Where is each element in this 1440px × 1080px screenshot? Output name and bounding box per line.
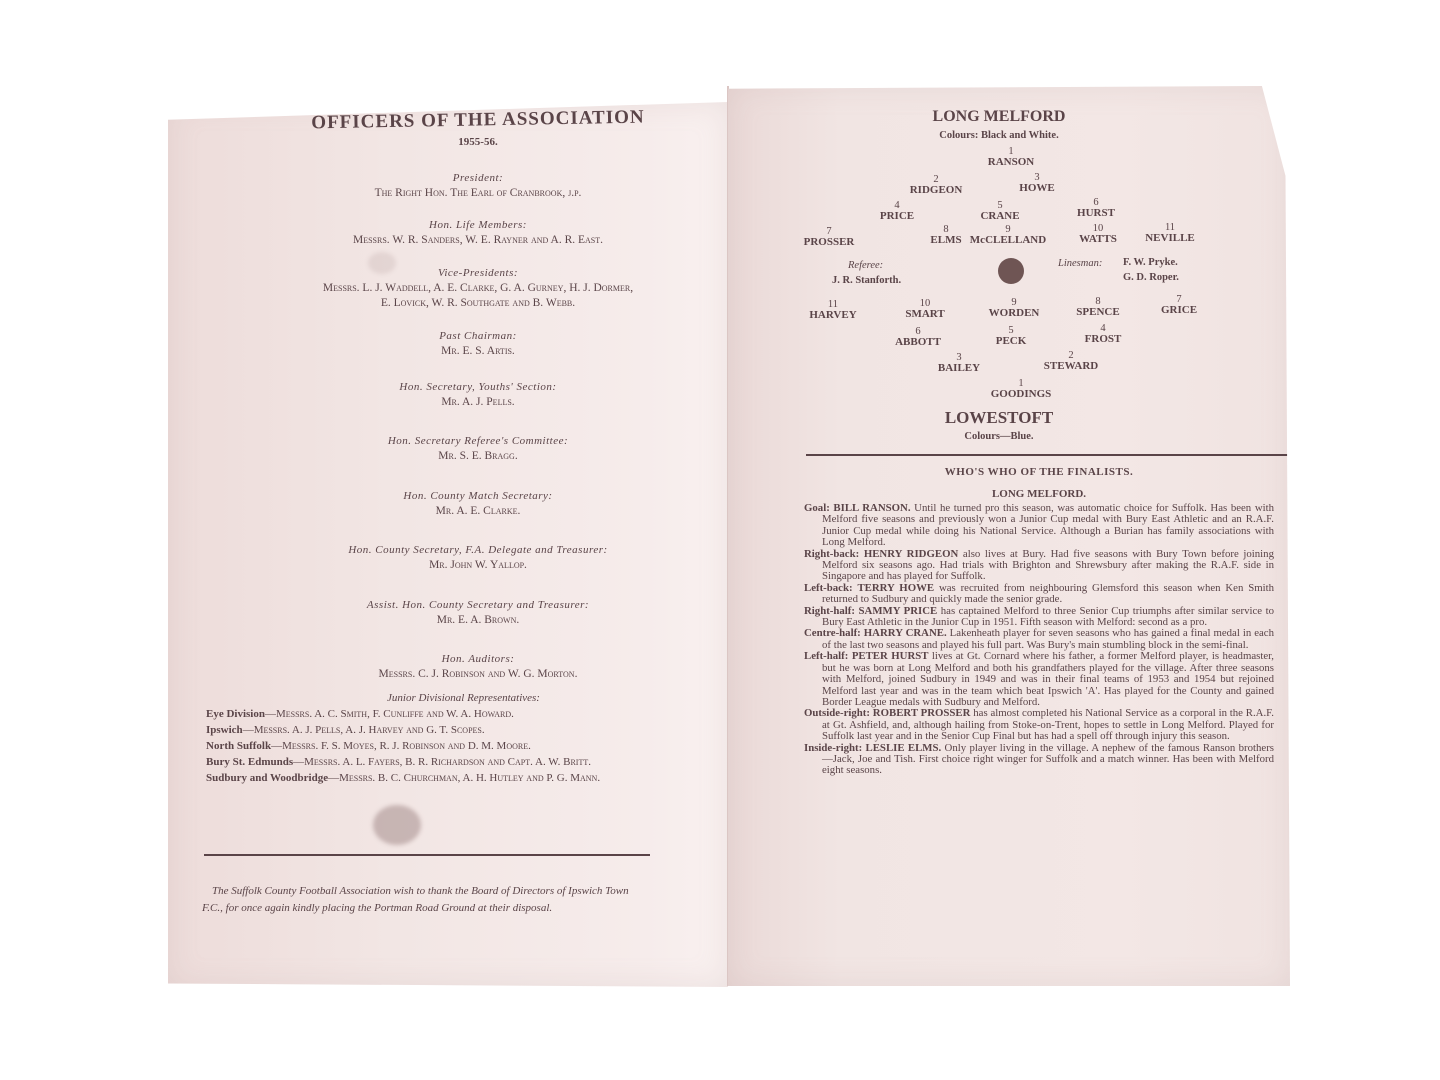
office-assistant-secretary: Assist. Hon. County Secretary and Treasu… bbox=[198, 599, 758, 626]
player-entry: 8SPENCE bbox=[1076, 296, 1119, 318]
stain-mark bbox=[368, 252, 396, 274]
referee-name: J. R. Stanforth. bbox=[832, 275, 901, 286]
player-name: ABBOTT bbox=[895, 336, 941, 348]
player-name: SMART bbox=[905, 308, 944, 320]
player-name: PECK bbox=[996, 335, 1027, 347]
player-entry: 3BAILEY bbox=[938, 352, 980, 374]
bio-position: Inside-right: bbox=[804, 742, 862, 754]
rep-members: —Messrs. A. J. Pells, A. J. Harvey and G… bbox=[243, 724, 485, 736]
player-entry: 6HURST bbox=[1077, 197, 1115, 219]
rep-division: Ipswich bbox=[206, 724, 243, 736]
player-entry: 4PRICE bbox=[880, 200, 914, 222]
office-holder: Messrs. W. R. Sanders, W. E. Rayner and … bbox=[198, 234, 758, 246]
player-name: RIDGEON bbox=[910, 184, 963, 196]
bio-position: Left-back: bbox=[804, 582, 853, 594]
player-bio: Inside-right: LESLIE ELMS. Only player l… bbox=[804, 743, 1274, 777]
office-role: Hon. Secretary Referee's Committee: bbox=[198, 435, 758, 447]
rep-members: —Messrs. A. C. Smith, F. Cunliffe and W.… bbox=[265, 708, 514, 720]
bio-list: Goal: BILL RANSON. Until he turned pro t… bbox=[804, 503, 1274, 777]
player-name: FROST bbox=[1085, 333, 1122, 345]
player-entry: 7GRICE bbox=[1161, 294, 1197, 316]
rep-division: North Suffolk bbox=[206, 740, 271, 752]
office-holder: The Right Hon. The Earl of Cranbrook, j.… bbox=[198, 187, 758, 199]
football-icon bbox=[998, 258, 1024, 284]
referee-label: Referee: bbox=[848, 260, 883, 271]
player-entry: 3HOWE bbox=[1019, 172, 1054, 194]
office-role: Past Chairman: bbox=[198, 330, 758, 342]
player-name: GOODINGS bbox=[991, 388, 1052, 400]
right-page: LONG MELFORD Colours: Black and White. 1… bbox=[728, 86, 1290, 986]
home-team-name: LONG MELFORD bbox=[728, 108, 1290, 126]
office-role: President: bbox=[198, 172, 758, 184]
rep-entry: Bury St. Edmunds—Messrs. A. L. Fayers, B… bbox=[206, 756, 661, 769]
rep-members: —Messrs. A. L. Fayers, B. R. Richardson … bbox=[293, 756, 591, 768]
bio-player-name: BILL RANSON. bbox=[833, 502, 910, 514]
bio-position: Right-half: bbox=[804, 605, 855, 617]
player-name: NEVILLE bbox=[1145, 232, 1195, 244]
office-youth-secretary: Hon. Secretary, Youths' Section: Mr. A. … bbox=[198, 381, 758, 408]
player-name: CRANE bbox=[980, 210, 1019, 222]
player-bio: Left-back: TERRY HOWE was recruited from… bbox=[804, 583, 1274, 606]
player-entry: 7PROSSER bbox=[804, 226, 855, 248]
player-name: PROSSER bbox=[804, 236, 855, 248]
office-auditors: Hon. Auditors: Messrs. C. J. Robinson an… bbox=[198, 653, 758, 680]
rep-division: Eye Division bbox=[206, 708, 265, 720]
office-president: President: The Right Hon. The Earl of Cr… bbox=[198, 172, 758, 199]
player-name: STEWARD bbox=[1044, 360, 1098, 372]
office-holder: Mr. S. E. Bragg. bbox=[198, 450, 758, 462]
rep-members: —Messrs. B. C. Churchman, A. H. Hutley a… bbox=[328, 772, 600, 784]
divider-rule bbox=[806, 454, 1290, 456]
player-entry: 8ELMS bbox=[930, 224, 961, 246]
bio-player-name: ROBERT PROSSER bbox=[873, 707, 971, 719]
office-holder: Mr. E. S. Artis. bbox=[198, 345, 758, 357]
season-label: 1955-56. bbox=[168, 136, 728, 148]
bio-player-name: PETER HURST bbox=[852, 650, 929, 662]
player-entry: 4FROST bbox=[1085, 323, 1122, 345]
player-entry: 2RIDGEON bbox=[910, 174, 963, 196]
player-entry: 6ABBOTT bbox=[895, 326, 941, 348]
bio-position: Outside-right: bbox=[804, 707, 870, 719]
bio-player-name: LESLIE ELMS. bbox=[866, 742, 942, 754]
rep-division: Sudbury and Woodbridge bbox=[206, 772, 328, 784]
player-name: McCLELLAND bbox=[970, 234, 1046, 246]
linesman-name-2: G. D. Roper. bbox=[1123, 272, 1179, 283]
thanks-note: The Suffolk County Football Association … bbox=[202, 883, 652, 917]
office-role: Hon. Secretary, Youths' Section: bbox=[198, 381, 758, 393]
rep-entry: Sudbury and Woodbridge—Messrs. B. C. Chu… bbox=[206, 772, 661, 785]
whos-who-section: WHO'S WHO OF THE FINALISTS. LONG MELFORD… bbox=[804, 466, 1274, 777]
whos-who-title: WHO'S WHO OF THE FINALISTS. bbox=[804, 466, 1274, 478]
player-name: HURST bbox=[1077, 207, 1115, 219]
office-life-members: Hon. Life Members: Messrs. W. R. Sanders… bbox=[198, 219, 758, 246]
player-name: WATTS bbox=[1079, 233, 1117, 245]
player-entry: 10SMART bbox=[905, 298, 944, 320]
rep-members: —Messrs. F. S. Moyes, R. J. Robinson and… bbox=[271, 740, 531, 752]
office-holder: Mr. E. A. Brown. bbox=[198, 614, 758, 626]
bio-player-name: HARRY CRANE. bbox=[864, 627, 947, 639]
player-entry: 5CRANE bbox=[980, 200, 1019, 222]
player-bio: Outside-right: ROBERT PROSSER has almost… bbox=[804, 708, 1274, 742]
rep-entry: North Suffolk—Messrs. F. S. Moyes, R. J.… bbox=[206, 740, 661, 753]
player-bio: Left-half: PETER HURST lives at Gt. Corn… bbox=[804, 651, 1274, 708]
office-holder: Mr. A. E. Clarke. bbox=[198, 505, 758, 517]
rep-entry: Ipswich—Messrs. A. J. Pells, A. J. Harve… bbox=[206, 724, 661, 737]
office-holder: Messrs. L. J. Waddell, A. E. Clarke, G. … bbox=[198, 282, 758, 294]
left-page: OFFICERS OF THE ASSOCIATION 1955-56. Pre… bbox=[168, 102, 728, 987]
office-role: Hon. Auditors: bbox=[198, 653, 758, 665]
office-role: Assist. Hon. County Secretary and Treasu… bbox=[198, 599, 758, 611]
player-entry: 10WATTS bbox=[1079, 223, 1117, 245]
player-bio: Right-half: SAMMY PRICE has captained Me… bbox=[804, 606, 1274, 629]
office-holder: Mr. A. J. Pells. bbox=[198, 396, 758, 408]
office-role: Vice-Presidents: bbox=[198, 267, 758, 279]
office-holder-line2: E. Lovick, W. R. Southgate and B. Webb. bbox=[198, 297, 758, 309]
office-county-secretary: Hon. County Secretary, F.A. Delegate and… bbox=[198, 544, 758, 571]
bio-position: Left-half: bbox=[804, 650, 848, 662]
bio-position: Centre-half: bbox=[804, 627, 861, 639]
player-name: HOWE bbox=[1019, 182, 1054, 194]
office-role: Hon. County Match Secretary: bbox=[198, 490, 758, 502]
player-entry: 9McCLELLAND bbox=[970, 224, 1046, 246]
rep-entry: Eye Division—Messrs. A. C. Smith, F. Cun… bbox=[206, 708, 661, 721]
player-entry: 1GOODINGS bbox=[991, 378, 1052, 400]
office-role: Hon. County Secretary, F.A. Delegate and… bbox=[198, 544, 758, 556]
home-team-colours: Colours: Black and White. bbox=[728, 130, 1290, 141]
office-match-secretary: Hon. County Match Secretary: Mr. A. E. C… bbox=[198, 490, 758, 517]
player-entry: 9WORDEN bbox=[989, 297, 1040, 319]
office-holder: Mr. John W. Yallop. bbox=[198, 559, 758, 571]
away-team-name: LOWESTOFT bbox=[728, 408, 1290, 428]
office-referee-secretary: Hon. Secretary Referee's Committee: Mr. … bbox=[198, 435, 758, 462]
office-role: Hon. Life Members: bbox=[198, 219, 758, 231]
player-bio: Right-back: HENRY RIDGEON also lives at … bbox=[804, 549, 1274, 583]
bio-player-name: TERRY HOWE bbox=[857, 582, 934, 594]
player-entry: 1RANSON bbox=[988, 146, 1034, 168]
player-name: RANSON bbox=[988, 156, 1034, 168]
player-entry: 2STEWARD bbox=[1044, 350, 1098, 372]
player-name: HARVEY bbox=[809, 309, 856, 321]
player-entry: 5PECK bbox=[996, 325, 1027, 347]
whos-who-team: LONG MELFORD. bbox=[804, 488, 1274, 500]
player-name: ELMS bbox=[930, 234, 961, 246]
player-bio: Goal: BILL RANSON. Until he turned pro t… bbox=[804, 503, 1274, 549]
bio-player-name: SAMMY PRICE bbox=[859, 605, 938, 617]
bio-player-name: HENRY RIDGEON bbox=[864, 548, 958, 560]
player-bio: Centre-half: HARRY CRANE. Lakenheath pla… bbox=[804, 628, 1274, 651]
office-holder: Messrs. C. J. Robinson and W. G. Morton. bbox=[198, 668, 758, 680]
away-team-colours: Colours—Blue. bbox=[728, 431, 1290, 442]
player-entry: 11HARVEY bbox=[809, 299, 856, 321]
linesman-label: Linesman: bbox=[1058, 258, 1102, 269]
player-name: BAILEY bbox=[938, 362, 980, 374]
officers-title: OFFICERS OF THE ASSOCIATION bbox=[168, 105, 728, 137]
office-vice-presidents: Vice-Presidents: Messrs. L. J. Waddell, … bbox=[198, 267, 758, 309]
bio-position: Right-back: bbox=[804, 548, 859, 560]
divider-rule bbox=[204, 854, 650, 856]
junior-representatives: Junior Divisional Representatives: Eye D… bbox=[206, 692, 661, 788]
reps-heading: Junior Divisional Representatives: bbox=[206, 692, 661, 704]
rep-division: Bury St. Edmunds bbox=[206, 756, 293, 768]
player-name: PRICE bbox=[880, 210, 914, 222]
stain-mark bbox=[373, 805, 421, 845]
player-name: GRICE bbox=[1161, 304, 1197, 316]
linesman-name-1: F. W. Pryke. bbox=[1123, 257, 1178, 268]
bio-position: Goal: bbox=[804, 502, 830, 514]
player-entry: 11NEVILLE bbox=[1145, 222, 1195, 244]
player-name: SPENCE bbox=[1076, 306, 1119, 318]
office-past-chairman: Past Chairman: Mr. E. S. Artis. bbox=[198, 330, 758, 357]
player-name: WORDEN bbox=[989, 307, 1040, 319]
referee-block: Referee: bbox=[848, 260, 883, 271]
